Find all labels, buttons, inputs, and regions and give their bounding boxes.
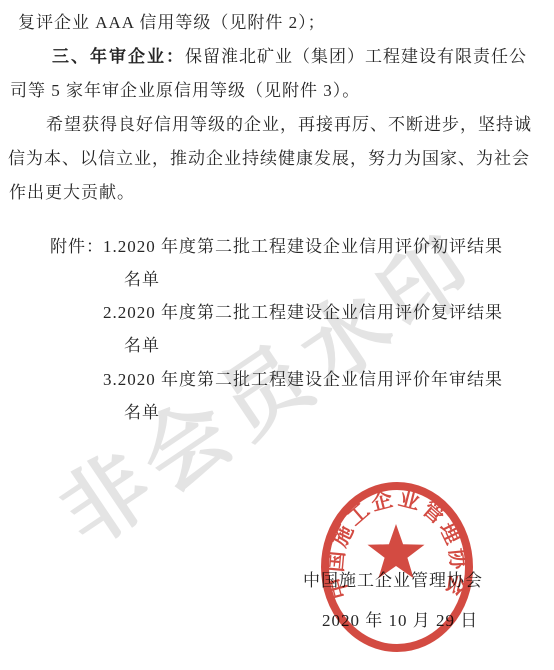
body-line: 复评企业 AAA 信用等级（见附件 2）； [18, 12, 326, 33]
body-text: 保留淮北矿业（集团）工程建设有限责任公 [185, 47, 527, 66]
signature-organization: 中国施工企业管理协会 [303, 570, 483, 591]
attachment-item-continuation: 名单 [124, 335, 160, 356]
body-line: 信为本、以信立业，推动企业持续健康发展，努力为国家、为社会 [8, 148, 530, 169]
section-heading: 三、年审企业： [52, 47, 185, 66]
body-line: 司等 5 家年审企业原信用等级（见附件 3）。 [10, 80, 360, 101]
body-line: 希望获得良好信用等级的企业，再接再厉、不断进步，坚持诚 [46, 114, 532, 135]
body-line: 三、年审企业：保留淮北矿业（集团）工程建设有限责任公 [52, 46, 527, 67]
attachment-item-title: 1.2020 年度第二批工程建设企业信用评价初评结果 [103, 236, 503, 257]
attachments-label: 附件： [50, 236, 104, 257]
attachment-item-continuation: 名单 [124, 402, 160, 423]
attachment-item-title: 2.2020 年度第二批工程建设企业信用评价复评结果 [103, 302, 503, 323]
signature-date: 2020 年 10 月 29 日 [322, 610, 478, 631]
body-line: 作出更大贡献。 [9, 182, 135, 203]
attachment-item-continuation: 名单 [124, 269, 160, 290]
attachment-item-title: 3.2020 年度第二批工程建设企业信用评价年审结果 [103, 369, 503, 390]
document-page: 非会员水印 复评企业 AAA 信用等级（见附件 2）； 三、年审企业：保留淮北矿… [0, 0, 554, 670]
